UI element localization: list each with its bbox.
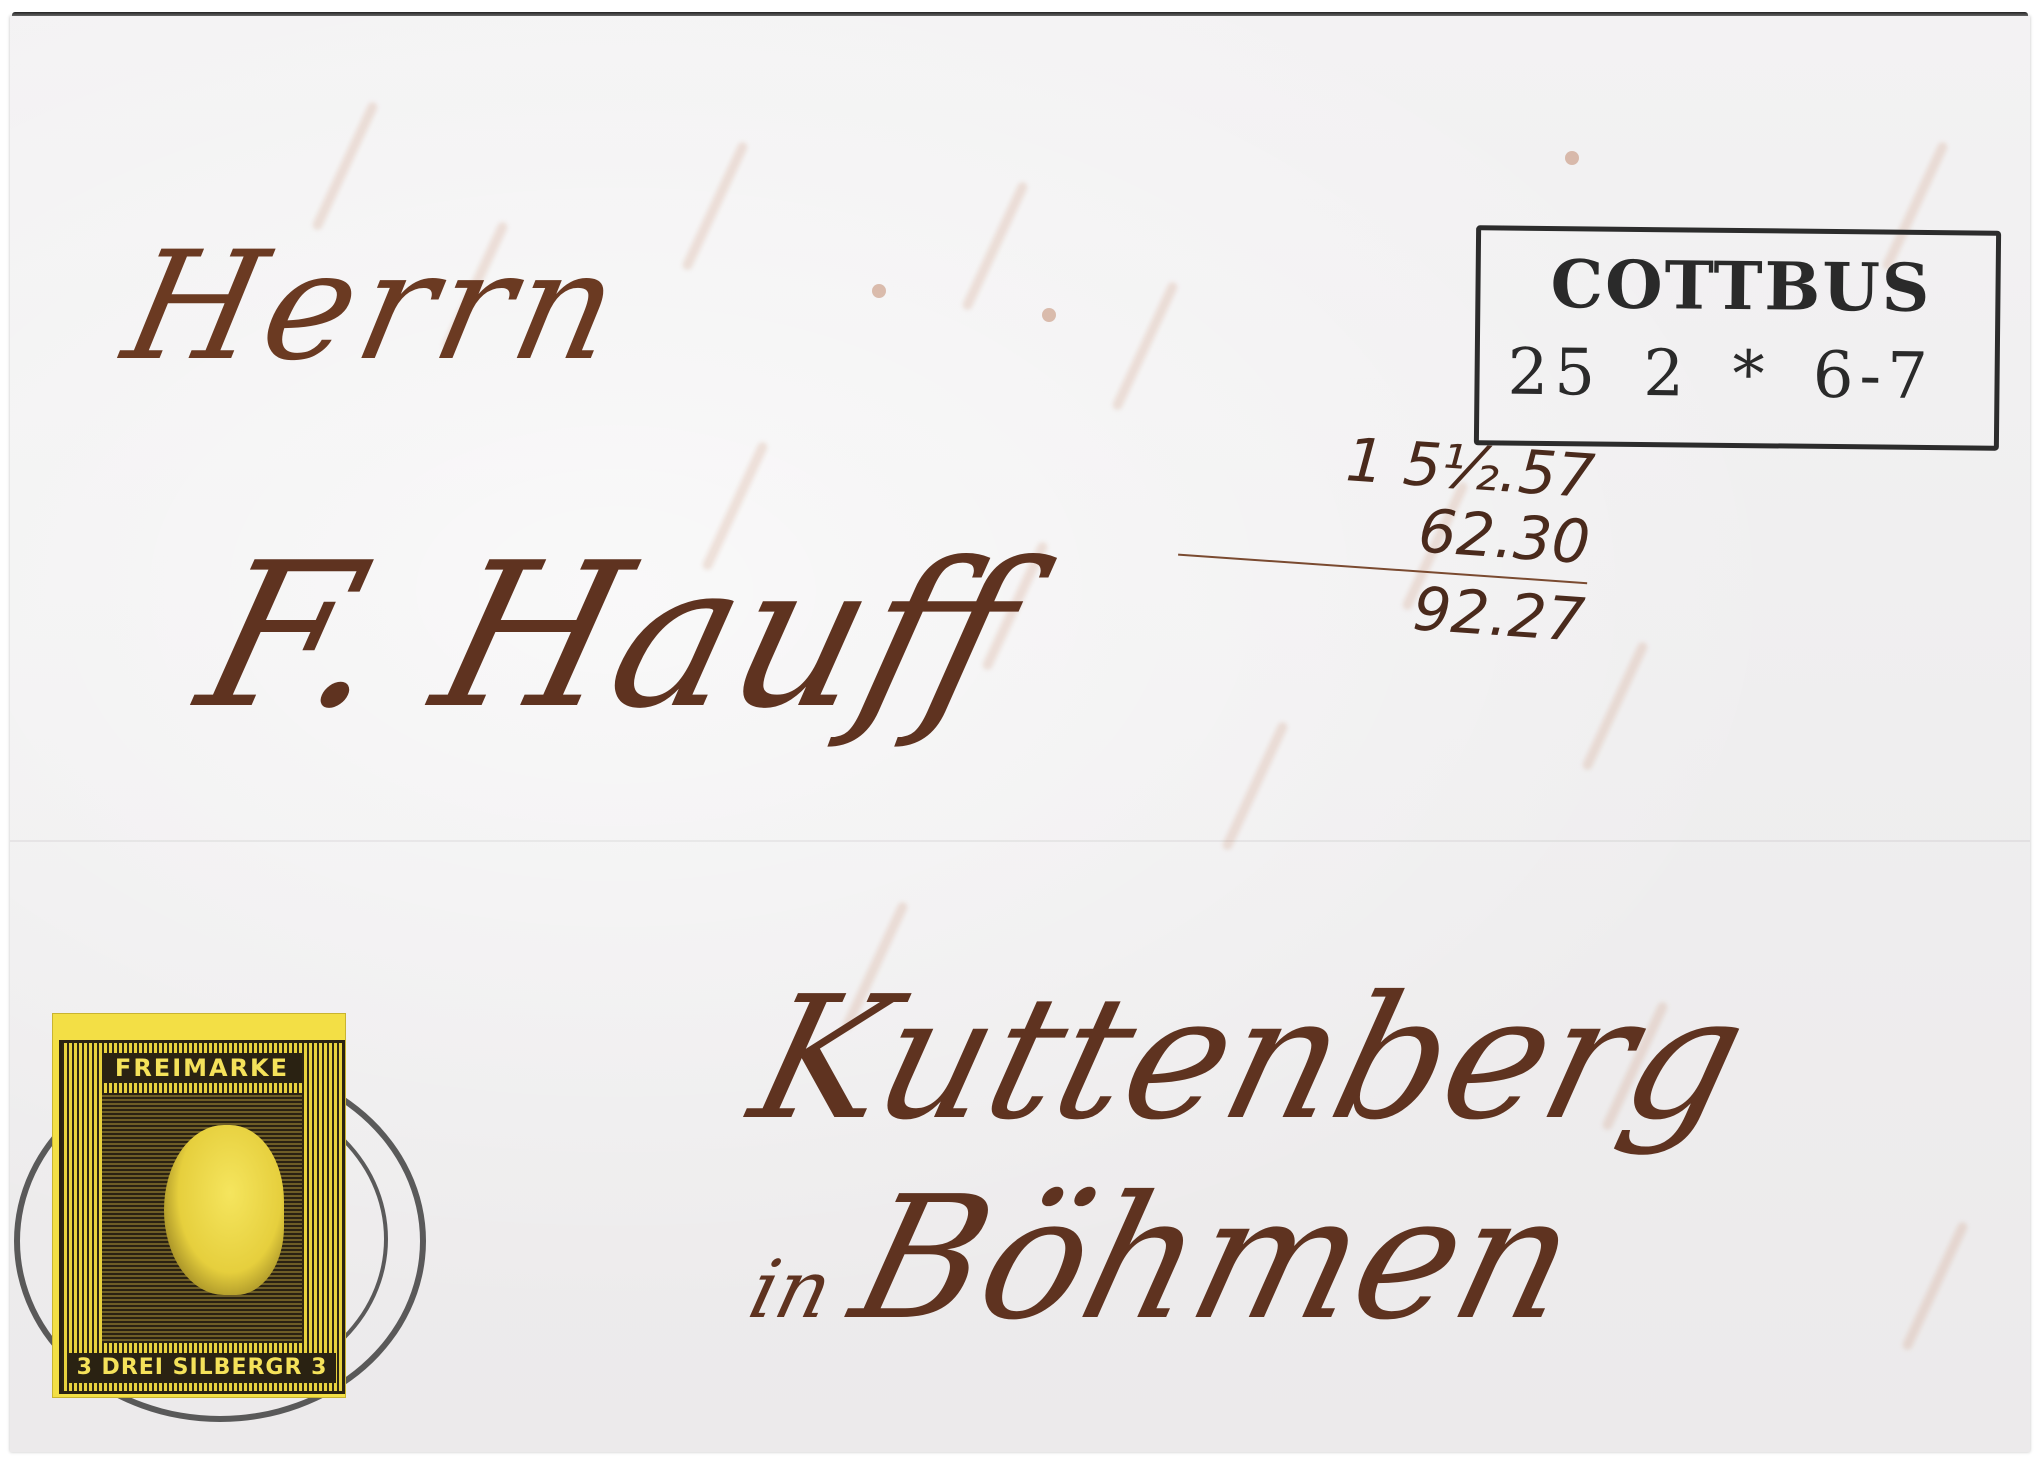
stamp-portrait-background: [102, 1093, 302, 1343]
postage-stamp: FREIMARKE 3 DREI SILBERGR 3: [52, 1013, 346, 1398]
foxing-spot: [872, 284, 886, 298]
postmark-city: COTTBUS: [1550, 245, 1932, 327]
stamp-top-text: FREIMARKE: [102, 1053, 302, 1083]
show-through-mark: [961, 180, 1029, 311]
handwritten-calculation: 1 5½.57 62.30 92.27: [1173, 416, 1597, 654]
stamp-portrait-head: [164, 1125, 284, 1295]
show-through-mark: [311, 100, 379, 231]
address-name: F. Hauff: [181, 520, 1038, 753]
cottbus-box-postmark: COTTBUS 25 2 * 6-7: [1474, 225, 2001, 450]
show-through-mark: [681, 140, 749, 271]
stamp-frame: FREIMARKE 3 DREI SILBERGR 3: [59, 1040, 345, 1394]
address-salutation: Herrn: [112, 220, 639, 394]
stamp-bottom-text: 3 DREI SILBERGR 3: [68, 1353, 336, 1383]
address-region: inBöhmen: [735, 1160, 1594, 1358]
show-through-mark: [1581, 640, 1649, 771]
address-city: Kuttenberg: [735, 960, 1763, 1158]
show-through-mark: [1901, 1220, 1969, 1351]
foxing-spot: [1565, 151, 1579, 165]
foxing-spot: [1042, 308, 1056, 322]
postmark-date: 25 2 * 6-7: [1507, 336, 1934, 414]
fold-line: [10, 840, 2030, 842]
show-through-mark: [1221, 720, 1289, 851]
address-region-name: Böhmen: [836, 1160, 1593, 1358]
show-through-mark: [1111, 280, 1179, 411]
